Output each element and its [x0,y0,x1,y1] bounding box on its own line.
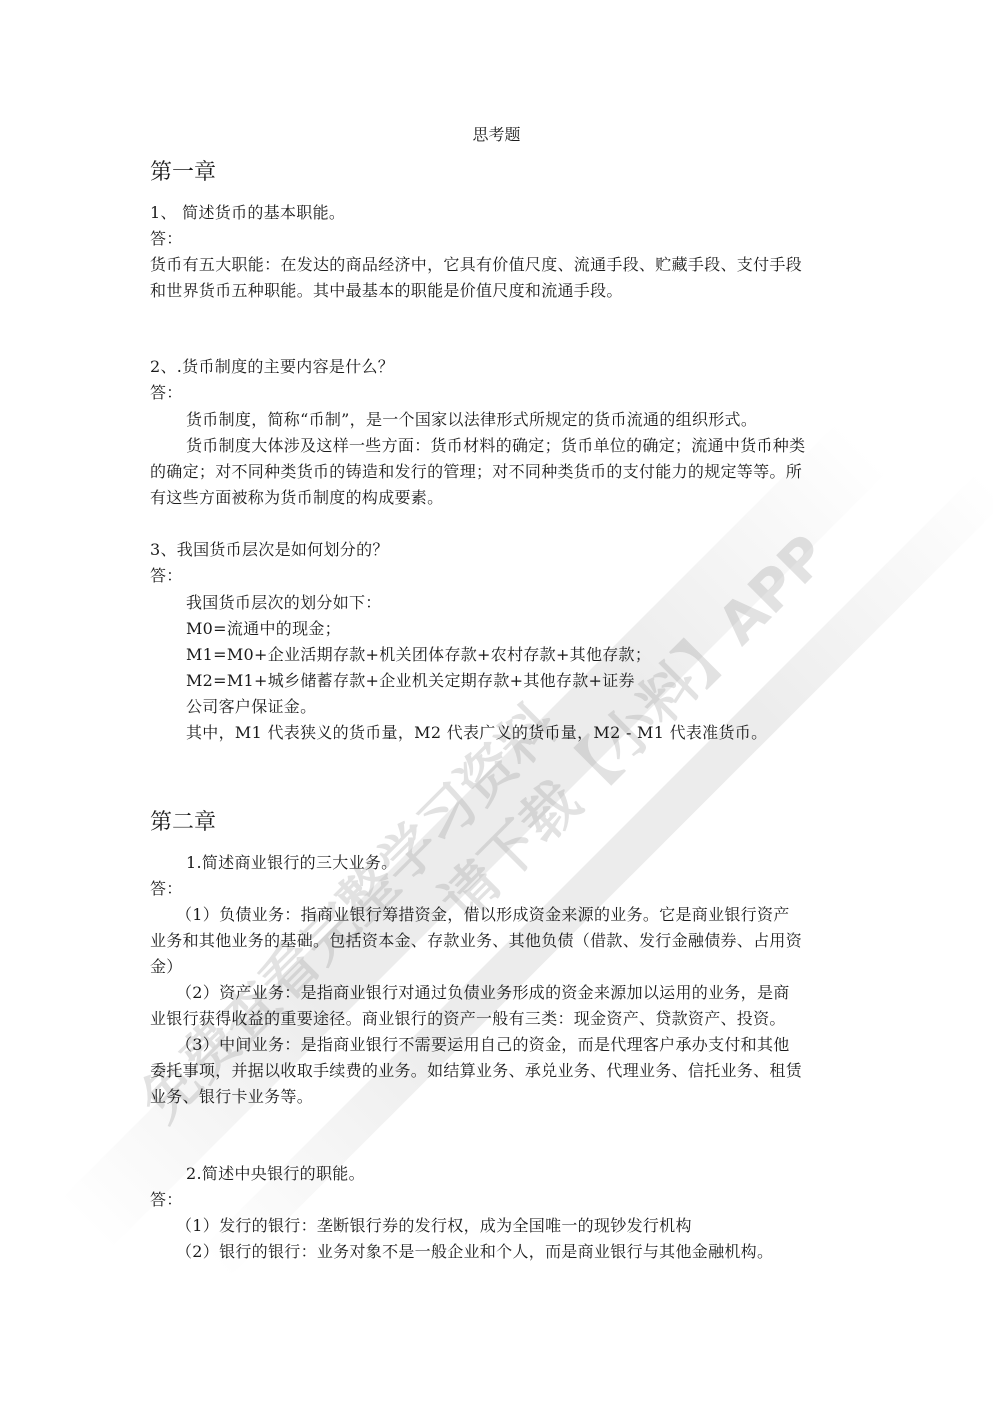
answer-line: M0=流通中的现金； [186,619,341,639]
answer-line: M2=M1+城乡储蓄存款+企业机关定期存款+其他存款+证券 [186,671,635,691]
answer-line: 业务和其他业务的基础。包括资本金、存款业务、其他负债（借款、发行金融债券、占用资 [150,931,802,951]
answer-line: 金） [150,957,183,977]
answer-line: （2）银行的银行：业务对象不是一般企业和个人，而是商业银行与其他金融机构。 [176,1242,773,1262]
answer-line: 我国货币层次的划分如下： [186,593,382,613]
question: 1.简述商业银行的三大业务。 [186,853,397,873]
answer-line: （1）发行的银行：垄断银行券的发行权，成为全国唯一的现钞发行机构 [176,1216,692,1236]
document-page: 免费查看完整学习资料 请下载【小料】APP 思考题 第一章 1、 简述货币的基本… [0,0,993,1404]
document-title: 思考题 [0,122,993,145]
question: 2.简述中央银行的职能。 [186,1164,365,1184]
answer-line: 业银行获得收益的重要途径。商业银行的资产一般有三类：现金资产、贷款资产、投资。 [150,1009,786,1029]
answer-label: 答： [150,879,183,899]
answer-line: 货币制度大体涉及这样一些方面：货币材料的确定；货币单位的确定；流通中货币种类 [186,436,805,456]
answer-line: 其中，M1 代表狭义的货币量，M2 代表广义的货币量，M2 - M1 代表准货币… [186,723,767,743]
answer-line: 有这些方面被称为货币制度的构成要素。 [150,488,443,508]
chapter-heading: 第一章 [150,159,216,187]
question: 3、我国货币层次是如何划分的？ [150,540,389,560]
answer-label: 答： [150,1190,183,1210]
chapter-heading: 第二章 [150,809,216,837]
answer-line: 委托事项，并据以收取手续费的业务。如结算业务、承兑业务、代理业务、信托业务、租赁 [150,1061,802,1081]
answer-label: 答： [150,383,183,403]
answer-label: 答： [150,229,183,249]
answer-line: 货币制度，简称“币制”，是一个国家以法律形式所规定的货币流通的组织形式。 [186,410,757,430]
answer-line: 的确定；对不同种类货币的铸造和发行的管理；对不同种类货币的支付能力的规定等等。所 [150,462,802,482]
question: 2、.货币制度的主要内容是什么？ [150,357,394,377]
answer-line: （2）资产业务：是指商业银行对通过负债业务形成的资金来源加以运用的业务，是商 [176,983,790,1003]
answer-line: （1）负债业务：指商业银行筹措资金，借以形成资金来源的业务。它是商业银行资产 [176,905,790,925]
answer-line: 业务、银行卡业务等。 [150,1087,313,1107]
question: 1、 简述货币的基本职能。 [150,203,345,223]
answer-line: （3）中间业务：是指商业银行不需要运用自己的资金，而是代理客户承办支付和其他 [176,1035,790,1055]
answer-line: 货币有五大职能：在发达的商品经济中，它具有价值尺度、流通手段、贮藏手段、支付手段 [150,255,802,275]
answer-line: 公司客户保证金。 [186,697,316,717]
answer-line: 和世界货币五种职能。其中最基本的职能是价值尺度和流通手段。 [150,281,623,301]
answer-line: M1=M0+企业活期存款+机关团体存款+农村存款+其他存款； [186,645,651,665]
answer-label: 答： [150,566,183,586]
